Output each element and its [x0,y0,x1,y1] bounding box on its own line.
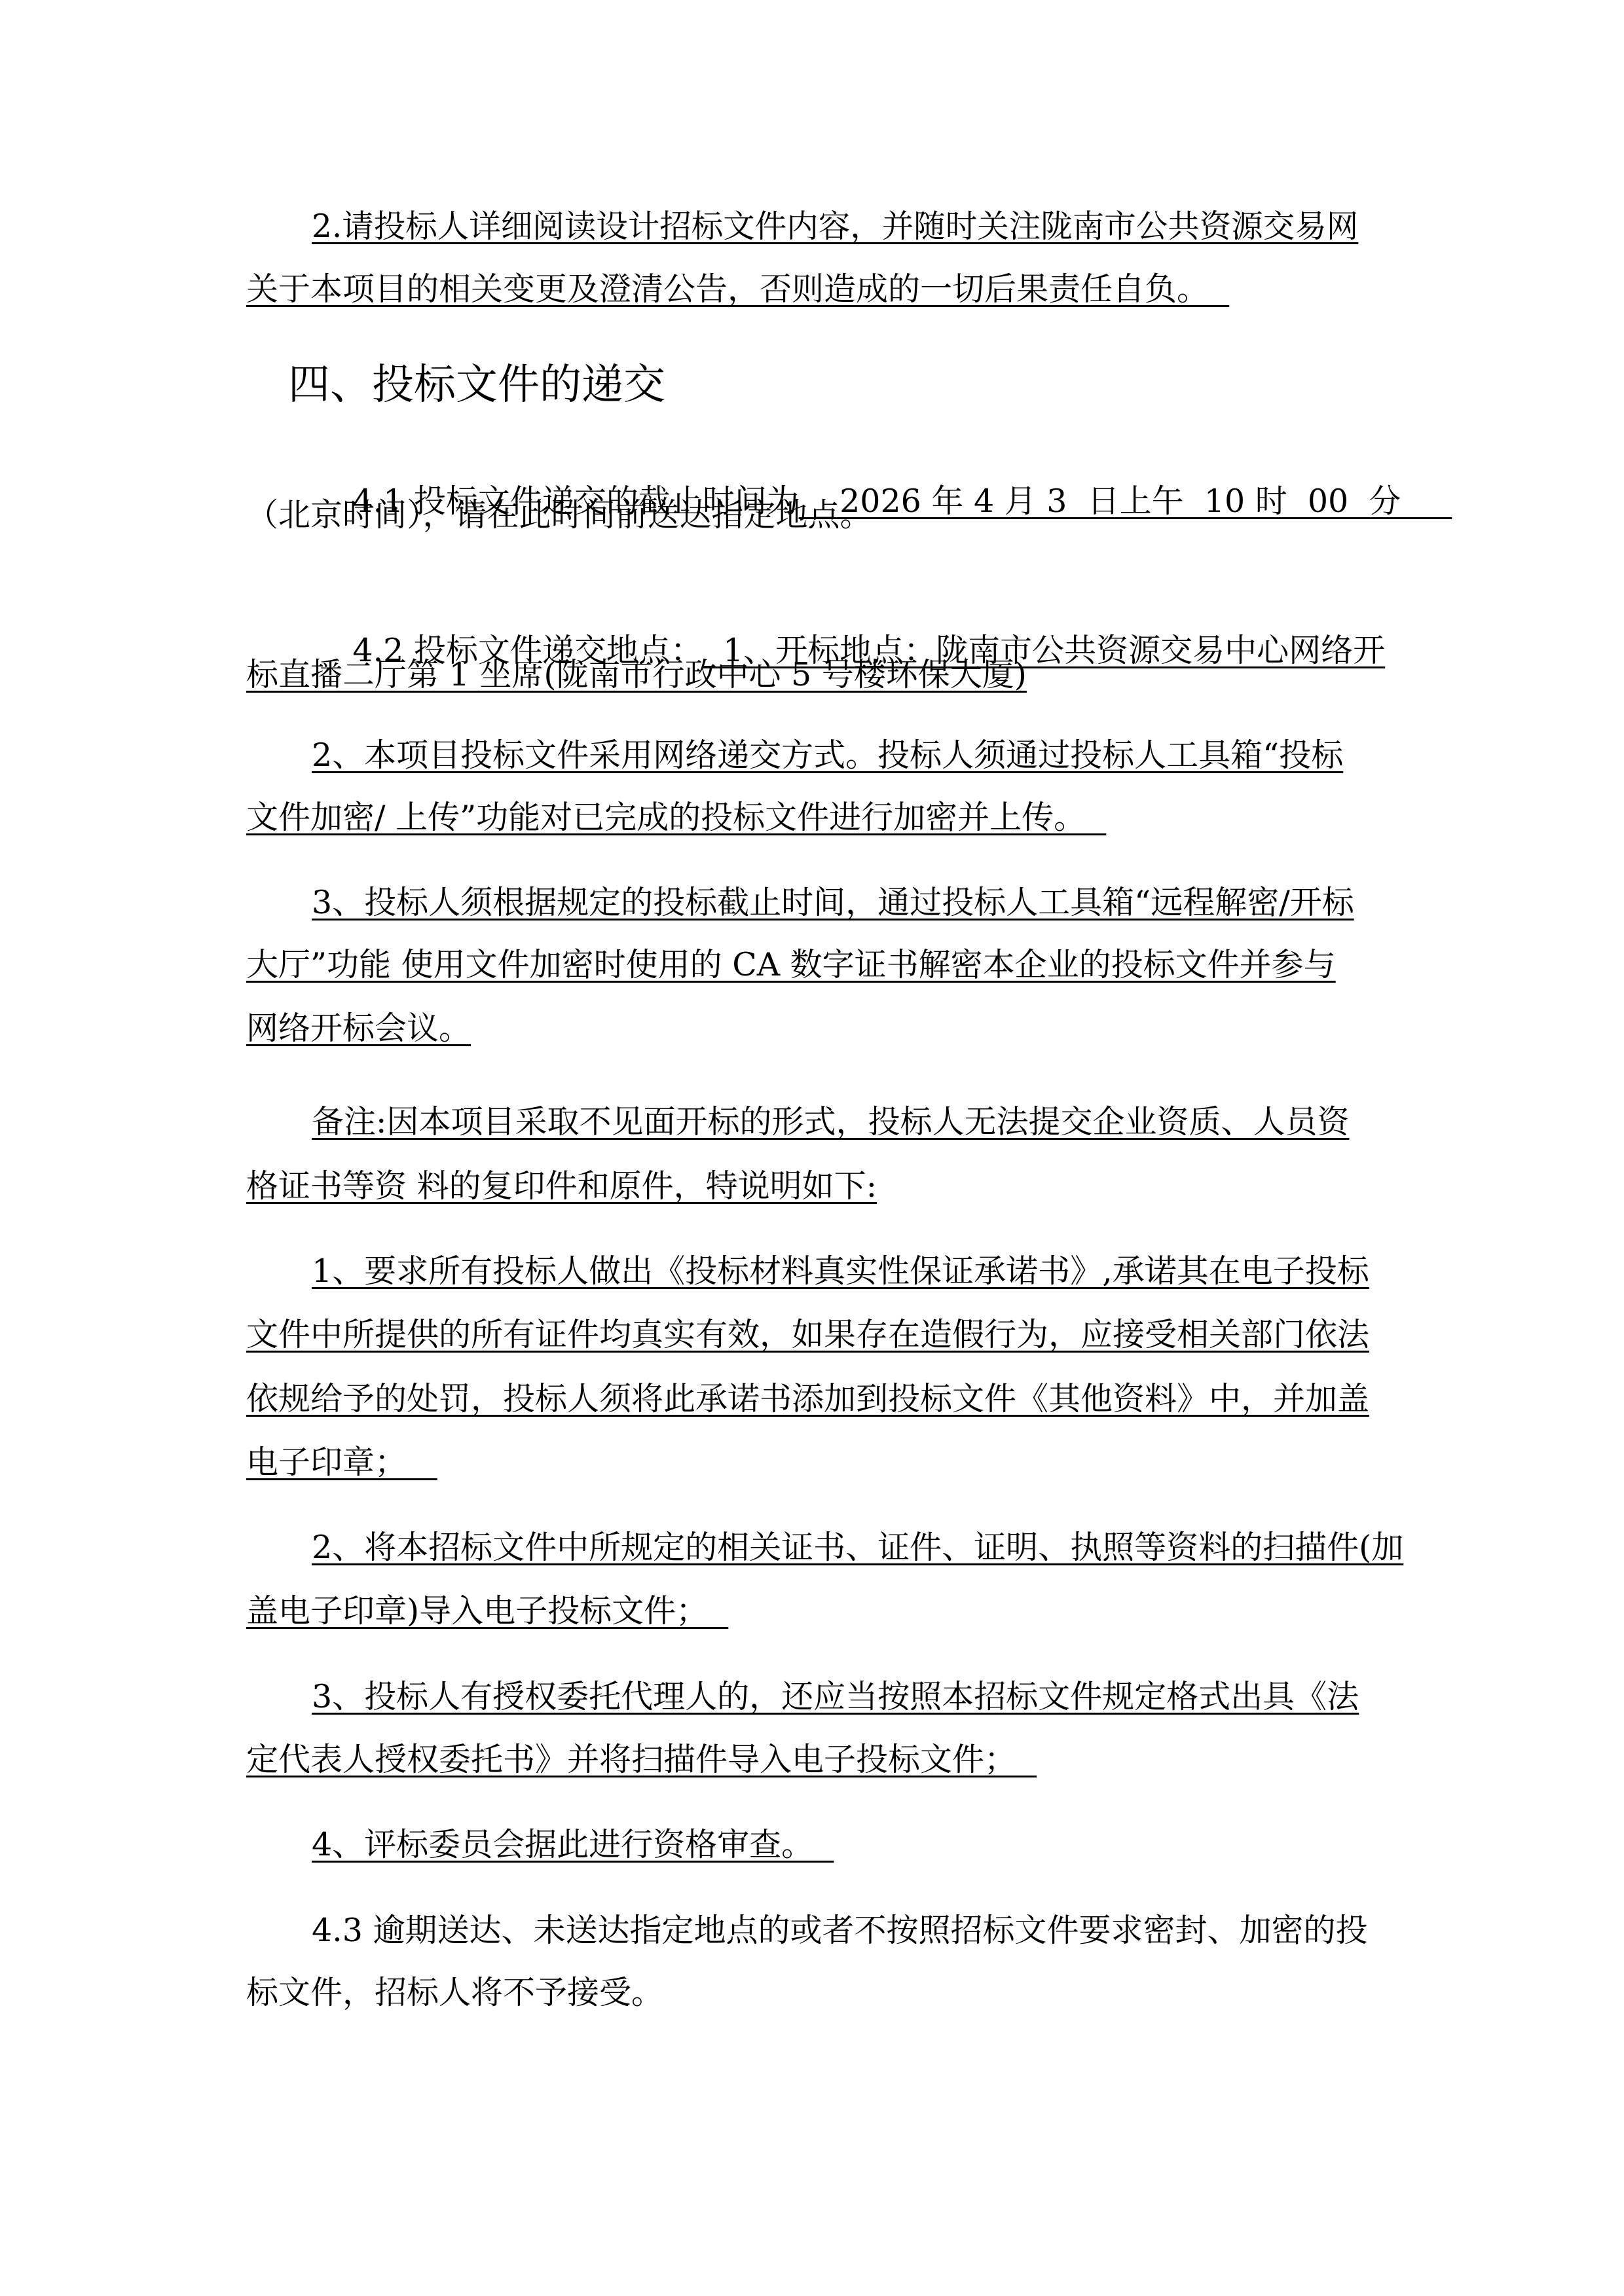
remark-paragraph-line-2: 格证书等资 料的复印件和原件，特说明如下: [246,1167,877,1206]
notice-line-2: 关于本项目的相关变更及澄清公告，否则造成的一切后果责任自负。 [246,270,1229,309]
location-paragraph-line-2: 标直播二厅第 1 坐席(陇南市行政中心 5 号楼环保大厦) [246,655,1027,695]
commitment-paragraph-line-2: 文件中所提供的所有证件均真实有效，如果存在造假行为，应接受相关部门依法 [246,1315,1369,1355]
decrypt-paragraph-line-2: 大厅”功能 使用文件加密时使用的 CA 数字证书解密本企业的投标文件并参与 [246,945,1336,985]
location-paragraph-line-1: 4.2 投标文件递交地点： 1、开标地点：陇南市公共资源交易中心网络开 [312,592,1385,631]
notice-line-1: 2.请投标人详细阅读设计招标文件内容，并随时关注陇南市公共资源交易网 [312,207,1380,246]
upload-paragraph-line-1: 2、本项目投标文件采用网络递交方式。投标人须通过投标人工具箱“投标 [312,736,1343,775]
upload-paragraph-line-2: 文件加密/ 上传”功能对已完成的投标文件进行加密并上传。 [246,798,1106,837]
review-paragraph-line-1: 4、评标委员会据此进行资格审查。 [312,1825,834,1865]
late-submission-paragraph-line-1: 4.3 逾期送达、未送达指定地点的或者不按照招标文件要求密封、加密的投 [312,1911,1368,1950]
late-submission-paragraph-line-2: 标文件，招标人将不予接受。 [246,1973,663,2013]
scans-paragraph-line-1: 2、将本招标文件中所规定的相关证书、证件、证明、执照等资料的扫描件(加 [312,1528,1403,1567]
document-page: 2.请投标人详细阅读设计招标文件内容，并随时关注陇南市公共资源交易网 关于本项目… [0,0,1624,2296]
decrypt-paragraph-line-3: 网络开标会议。 [246,1009,471,1048]
commitment-paragraph-line-3: 依规给予的处罚，投标人须将此承诺书添加到投标文件《其他资料》中，并加盖 [246,1379,1369,1419]
remark-paragraph-line-1: 备注:因本项目采取不见面开标的形式，投标人无法提交企业资质、人员资 [312,1102,1350,1142]
deadline-paragraph-line-2: （北京时间），请在此时间前送达指定地点。 [246,496,872,535]
authorization-paragraph-line-1: 3、投标人有授权委托代理人的，还应当按照本招标文件规定格式出具《法 [312,1677,1359,1717]
scans-paragraph-line-2: 盖电子印章)导入电子投标文件； [246,1592,728,1631]
authorization-paragraph-line-2: 定代表人授权委托书》并将扫描件导入电子投标文件； [246,1740,1037,1779]
section-heading: 四、投标文件的递交 [288,359,665,411]
deadline-paragraph-line-1: 4.1 投标文件递交的截止时间为 2026 年 4 月 3 日上午 10 时 0… [312,443,1452,482]
deadline-value: 2026 年 4 月 3 日上午 10 时 00 分 [799,483,1452,520]
commitment-paragraph-line-1: 1、要求所有投标人做出《投标材料真实性保证承诺书》,承诺其在电子投标 [312,1252,1369,1291]
commitment-paragraph-line-4: 电子印章； [246,1443,437,1482]
decrypt-paragraph-line-1: 3、投标人须根据规定的投标截止时间，通过投标人工具箱“远程解密/开标 [312,883,1354,922]
